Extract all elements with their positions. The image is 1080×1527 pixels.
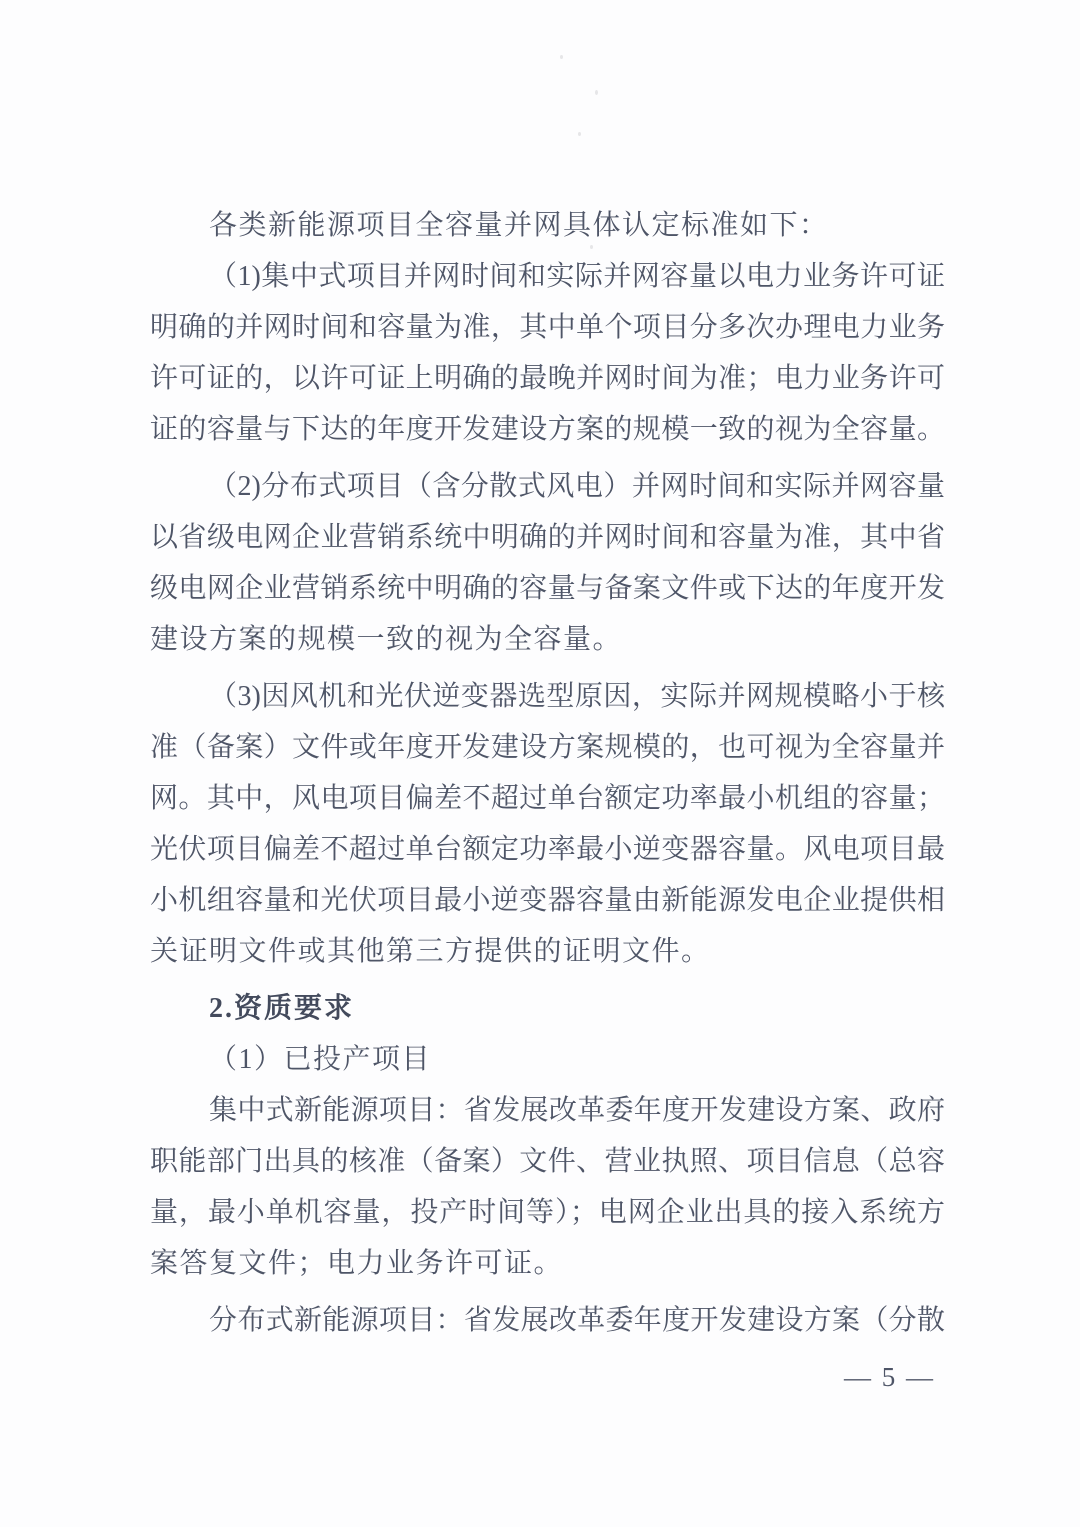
document-line: 以省级电网企业营销系统中明确的并网时间和容量为准，其中省 — [150, 512, 945, 563]
document-line: （1）已投产项目 — [150, 1034, 945, 1085]
document-line: 集中式新能源项目：省发展改革委年度开发建设方案、政府 — [150, 1085, 945, 1136]
document-line: 准（备案）文件或年度开发建设方案规模的，也可视为全容量并 — [150, 722, 945, 773]
document-line: （1)集中式项目并网时间和实际并网容量以电力业务许可证 — [150, 251, 945, 302]
scan-speckle — [590, 245, 593, 249]
document-line: （3)因风机和光伏逆变器选型原因，实际并网规模略小于核 — [150, 671, 945, 722]
document-line: 案答复文件；电力业务许可证。 — [150, 1238, 945, 1289]
document-line: 2.资质要求 — [150, 983, 945, 1034]
scan-speckle — [600, 368, 603, 372]
document-line: 建设方案的规模一致的视为全容量。 — [150, 614, 945, 665]
document-line: 网。其中，风电项目偏差不超过单台额定功率最小机组的容量； — [150, 773, 945, 824]
document-line: 级电网企业营销系统中明确的容量与备案文件或下达的年度开发 — [150, 563, 945, 614]
document-page: 各类新能源项目全容量并网具体认定标准如下：（1)集中式项目并网时间和实际并网容量… — [0, 0, 1080, 1527]
document-line: 光伏项目偏差不超过单台额定功率最小逆变器容量。风电项目最 — [150, 824, 945, 875]
document-line: 小机组容量和光伏项目最小逆变器容量由新能源发电企业提供相 — [150, 875, 945, 926]
document-line: 关证明文件或其他第三方提供的证明文件。 — [150, 926, 945, 977]
document-line: 各类新能源项目全容量并网具体认定标准如下： — [150, 200, 945, 251]
page-number: — 5 — — [844, 1360, 935, 1394]
document-line: 量，最小单机容量，投产时间等）；电网企业出具的接入系统方 — [150, 1187, 945, 1238]
document-line: 分布式新能源项目：省发展改革委年度开发建设方案（分散 — [150, 1295, 945, 1346]
scan-speckle — [578, 132, 581, 136]
document-body: 各类新能源项目全容量并网具体认定标准如下：（1)集中式项目并网时间和实际并网容量… — [150, 194, 945, 1346]
document-line: 职能部门出具的核准（备案）文件、营业执照、项目信息（总容 — [150, 1136, 945, 1187]
document-line: 证的容量与下达的年度开发建设方案的规模一致的视为全容量。 — [150, 404, 945, 455]
document-line: （2)分布式项目（含分散式风电）并网时间和实际并网容量 — [150, 461, 945, 512]
document-line: 许可证的，以许可证上明确的最晚并网时间为准；电力业务许可 — [150, 353, 945, 404]
document-line: 明确的并网时间和容量为准，其中单个项目分多次办理电力业务 — [150, 302, 945, 353]
scan-speckle — [560, 55, 563, 59]
scan-speckle — [595, 90, 598, 95]
